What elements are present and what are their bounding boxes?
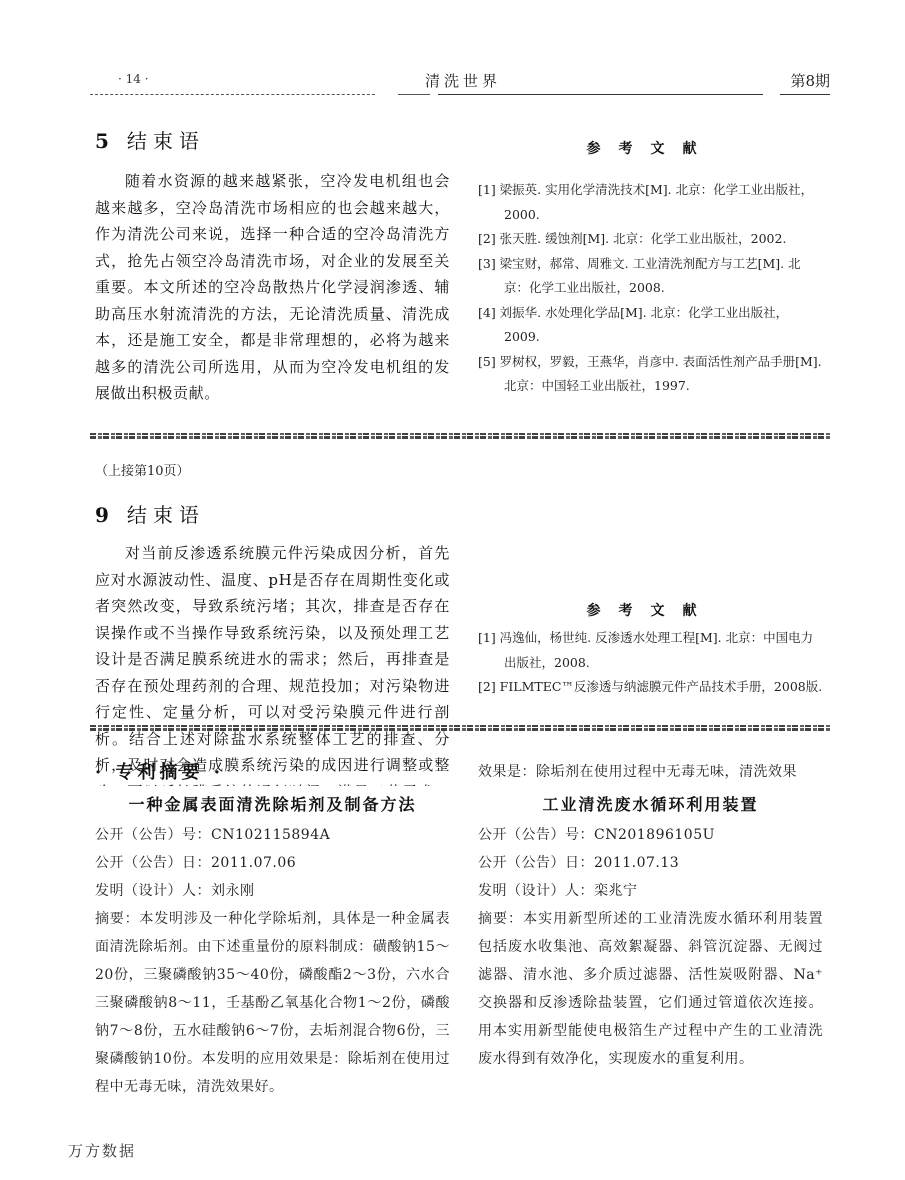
section-number: 9 <box>95 503 109 527</box>
patent-abstract: 摘要：本发明涉及一种化学除垢剂，具体是一种金属表面清洗除垢剂。由下述重量份的原料… <box>95 905 450 1101</box>
column-clip: 对当前反渗透系统膜元件污染成因分析，首先应对水源波动性、温度、pH是否存在周期性… <box>95 540 450 786</box>
section-title: 结束语 <box>127 129 205 153</box>
conclusion-paragraph: 随着水资源的越来越紧张，空冷发电机组也会越来越多，空冷岛清洗市场相应的也会越来越… <box>95 168 450 407</box>
header-rule <box>90 94 375 95</box>
article-a-references: 参考文献 [1] 梁振英. 实用化学清洗技术[M]. 北京：化学工业出版社，20… <box>478 138 823 399</box>
reference-item: [2] FILMTEC™反渗透与纳滤膜元件产品技术手册，2008版. <box>478 675 823 700</box>
patent-title: 工业清洗废水循环利用装置 <box>478 792 823 815</box>
reference-item: [3] 梁宝财，郝常、周雅文. 工业清洗剂配方与工艺[M]. 北京：化学工业出版… <box>478 252 823 301</box>
conclusion-paragraph: 对当前反渗透系统膜元件污染成因分析，首先应对水源波动性、温度、pH是否存在周期性… <box>95 540 450 786</box>
publication-number: 公开（公告）号：CN102115894A <box>95 821 450 849</box>
references-title: 参考文献 <box>478 600 823 620</box>
reference-list: [1] 梁振英. 实用化学清洗技术[M]. 北京：化学工业出版社，2000. [… <box>478 178 823 399</box>
header-rule <box>438 94 763 95</box>
journal-title: 清洗世界 <box>425 70 501 91</box>
header-rule <box>780 94 830 95</box>
page-number: · 14 · <box>118 72 149 86</box>
reference-item: [5] 罗树权，罗毅，王燕华，肖彦中. 表面活性剂产品手册[M]. 北京：中国轻… <box>478 350 823 399</box>
reference-item: [4] 刘振华. 水处理化学品[M]. 北京：化学工业出版社，2009. <box>478 301 823 350</box>
wanfang-data-watermark: 万方数据 <box>68 1140 136 1161</box>
publication-number: 公开（公告）号：CN201896105U <box>478 821 823 849</box>
publication-date: 公开（公告）日：2011.07.13 <box>478 849 823 877</box>
reference-list: [1] 冯逸仙，杨世纯. 反渗透水处理工程[M]. 北京：中国电力出版社，200… <box>478 626 823 700</box>
article-b-conclusion: （上接第10页） 9结束语 对当前反渗透系统膜元件污染成因分析，首先应对水源波动… <box>95 460 450 786</box>
article-a-conclusion: 5结束语 随着水资源的越来越紧张，空冷发电机组也会越来越多，空冷岛清洗市场相应的… <box>95 125 450 407</box>
section-separator <box>90 433 830 439</box>
inventor: 发明（设计）人：栾兆宁 <box>478 877 823 905</box>
reference-item: [2] 张天胜. 缓蚀剂[M]. 北京：化学工业出版社，2002. <box>478 227 823 252</box>
patent-title: 一种金属表面清洗除垢剂及制备方法 <box>95 792 450 815</box>
column-clip: 摘要：本发明涉及一种化学除垢剂，具体是一种金属表面清洗除垢剂。由下述重量份的原料… <box>95 905 450 1101</box>
section-number: 5 <box>95 129 109 153</box>
article-b-continuation: 参考文献 [1] 冯逸仙，杨世纯. 反渗透水处理工程[M]. 北京：中国电力出版… <box>478 460 823 700</box>
references-title: 参考文献 <box>478 138 823 158</box>
section-title: 结束语 <box>127 503 205 527</box>
reference-item: [1] 梁振英. 实用化学清洗技术[M]. 北京：化学工业出版社，2000. <box>478 178 823 227</box>
section-heading: 5结束语 <box>95 125 450 154</box>
column-clip <box>478 460 823 592</box>
reference-item: [1] 冯逸仙，杨世纯. 反渗透水处理工程[M]. 北京：中国电力出版社，200… <box>478 626 823 675</box>
section-heading: 9结束语 <box>95 499 450 528</box>
section-separator <box>90 725 830 731</box>
issue-number: 第8期 <box>790 70 830 91</box>
patent-abstract-2: 效果是：除垢剂在使用过程中无毒无味，清洗效果好。 工业清洗废水循环利用装置 公开… <box>478 758 823 1073</box>
running-header: · 14 · 清洗世界 第8期 <box>90 70 830 100</box>
patent-abstract-1: · 专利摘要 · 一种金属表面清洗除垢剂及制备方法 公开（公告）号：CN1021… <box>95 758 450 1101</box>
header-rule <box>398 94 430 95</box>
continued-note: （上接第10页） <box>95 460 450 479</box>
patent-abstract-1-tail: 效果是：除垢剂在使用过程中无毒无味，清洗效果好。 <box>478 758 823 786</box>
patent-abstract: 摘要：本实用新型所述的工业清洗废水循环利用装置包括废水收集池、高效絮凝器、斜管沉… <box>478 905 823 1073</box>
inventor: 发明（设计）人：刘永刚 <box>95 877 450 905</box>
publication-date: 公开（公告）日：2011.07.06 <box>95 849 450 877</box>
patent-section-tag: · 专利摘要 · <box>95 758 450 784</box>
